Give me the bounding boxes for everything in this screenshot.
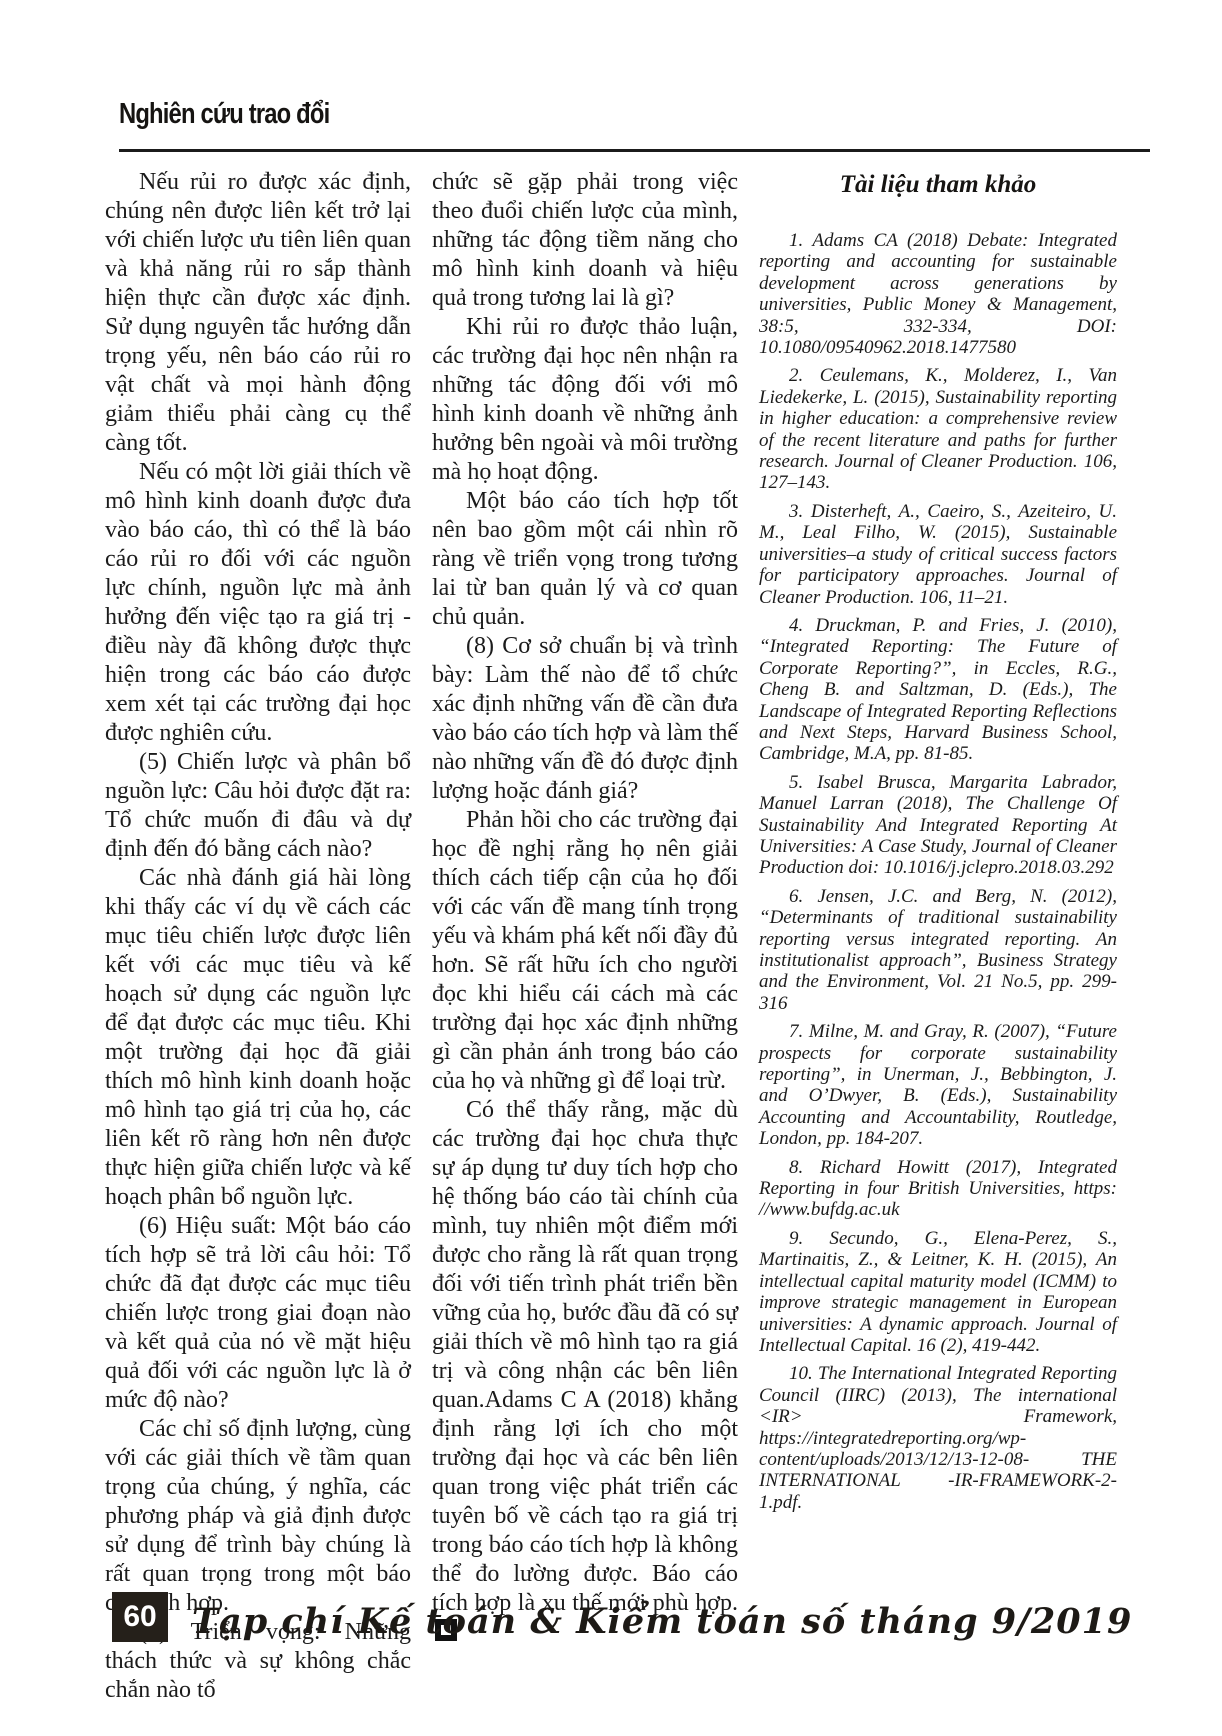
paragraph-text: Có thể thấy rằng, mặc dù các trường đại … [432,1097,738,1616]
paragraph: (5) Chiến lược và phân bổ nguồn lực: Câu… [105,748,411,864]
paragraph: Phản hồi cho các trường đại học đề nghị … [432,806,738,1096]
paragraph-final: Có thể thấy rằng, mặc dù các trường đại … [432,1096,738,1647]
reference-item: 5. Isabel Brusca, Margarita Labrador, Ma… [759,772,1117,879]
reference-item: 3. Disterheft, A., Caeiro, S., Azeiteiro… [759,501,1117,608]
paragraph: Nếu có một lời giải thích về mô hình kin… [105,458,411,748]
page-number-badge: 60 [112,1592,168,1642]
paragraph: Các chỉ số định lượng, cùng với các giải… [105,1415,411,1618]
section-label: Nghiên cứu trao đổi [119,98,329,131]
text-column-2: chức sẽ gặp phải trong việc theo đuổi ch… [432,168,738,1705]
reference-item: 1. Adams CA (2018) Debate: Integrated re… [759,230,1117,358]
references-column: Tài liệu tham khảo 1. Adams CA (2018) De… [759,168,1117,1705]
paragraph: Một báo cáo tích hợp tốt nên bao gồm một… [432,487,738,632]
header-rule [119,149,1150,152]
page-number: 60 [123,1600,156,1634]
reference-item: 7. Milne, M. and Gray, R. (2007), “Futur… [759,1021,1117,1149]
paragraph: (6) Hiệu suất: Một báo cáo tích hợp sẽ t… [105,1212,411,1415]
reference-item: 9. Secundo, G., Elena-Perez, S., Martina… [759,1228,1117,1356]
references-heading: Tài liệu tham khảo [759,170,1117,200]
reference-item: 6. Jensen, J.C. and Berg, N. (2012), “De… [759,886,1117,1014]
text-column-1: Nếu rủi ro được xác định, chúng nên được… [105,168,411,1705]
journal-footer-title: Tạp chí Kế toán & Kiểm toán số tháng 9/2… [192,1601,1122,1642]
paragraph: Các nhà đánh giá hài lòng khi thấy các v… [105,864,411,1212]
article-body: Nếu rủi ro được xác định, chúng nên được… [105,168,1117,1705]
reference-item: 4. Druckman, P. and Fries, J. (2010), “I… [759,615,1117,765]
reference-item: 8. Richard Howitt (2017), Integrated Rep… [759,1157,1117,1221]
paragraph: Khi rủi ro được thảo luận, các trường đạ… [432,313,738,487]
paragraph: Nếu rủi ro được xác định, chúng nên được… [105,168,411,458]
journal-page: Nghiên cứu trao đổi Nếu rủi ro được xác … [0,0,1222,1736]
reference-item: 2. Ceulemans, K., Molderez, I., Van Lied… [759,365,1117,493]
paragraph-continuation: chức sẽ gặp phải trong việc theo đuổi ch… [432,168,738,313]
paragraph: (8) Cơ sở chuẩn bị và trình bày: Làm thế… [432,632,738,806]
reference-item: 10. The International Integrated Reporti… [759,1363,1117,1513]
